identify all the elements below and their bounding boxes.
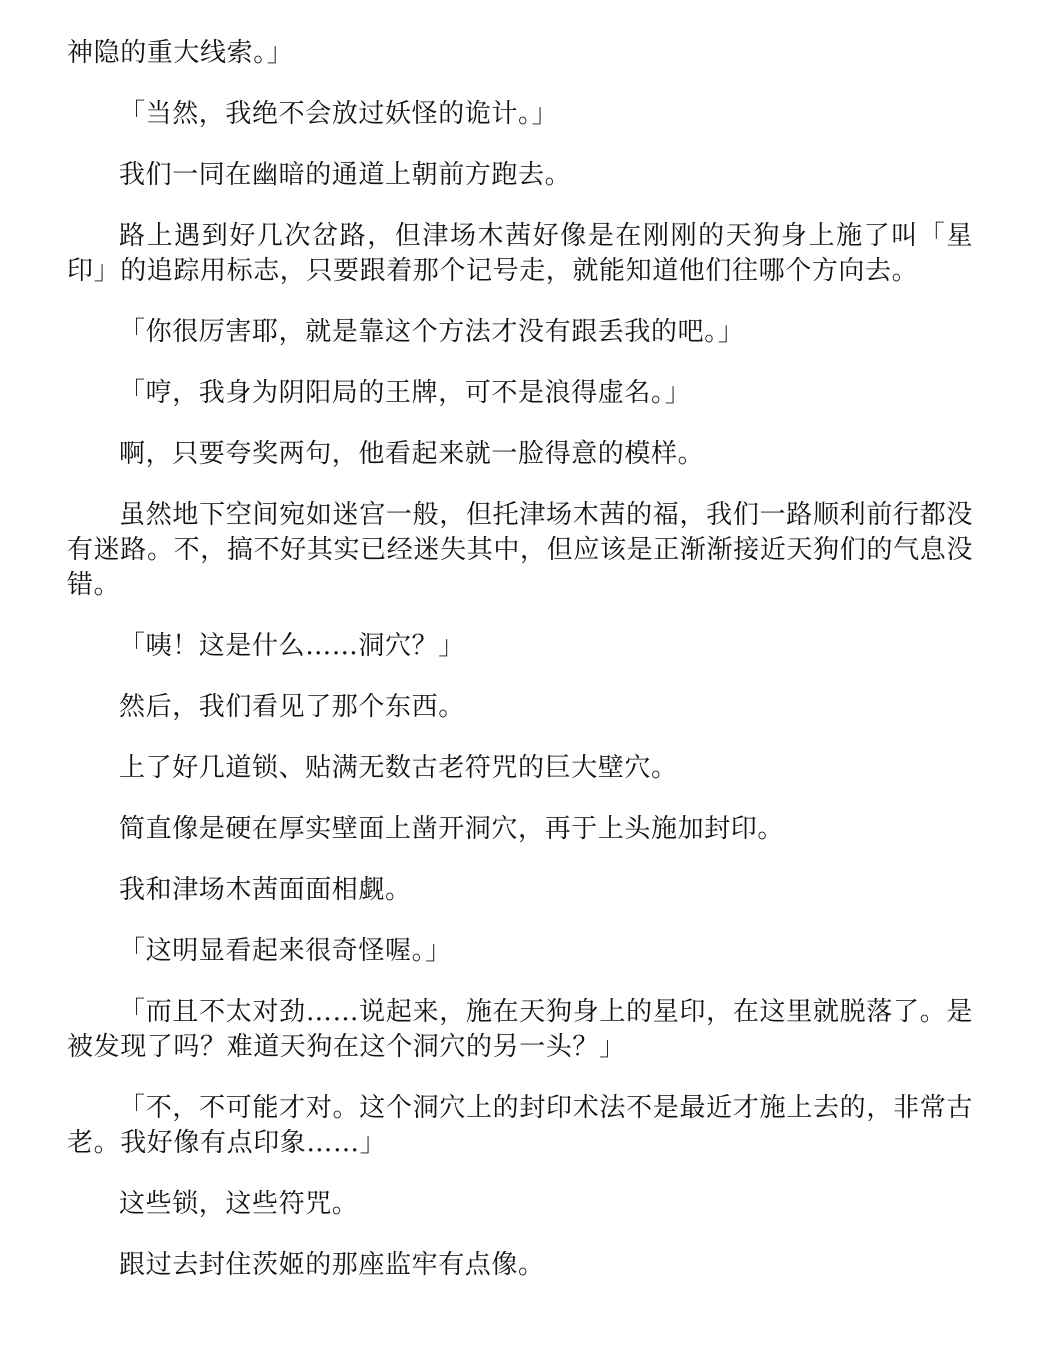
paragraph: 跟过去封住茨姬的那座监牢有点像。 xyxy=(67,1248,973,1283)
paragraph: 「这明显看起来很奇怪喔。」 xyxy=(67,934,973,969)
paragraph: 啊，只要夸奖两句，他看起来就一脸得意的模样。 xyxy=(67,437,973,472)
paragraph: 路上遇到好几次岔路，但津场木茜好像是在刚刚的天狗身上施了叫「星印」的追踪用标志，… xyxy=(67,219,973,289)
paragraph: 「咦！这是什么……洞穴？」 xyxy=(67,629,973,664)
paragraph: 这些锁，这些符咒。 xyxy=(67,1187,973,1222)
paragraph: 「你很厉害耶，就是靠这个方法才没有跟丢我的吧。」 xyxy=(67,315,973,350)
paragraph: 「哼，我身为阴阳局的王牌，可不是浪得虚名。」 xyxy=(67,376,973,411)
paragraph: 然后，我们看见了那个东西。 xyxy=(67,690,973,725)
paragraph: 我和津场木茜面面相觑。 xyxy=(67,873,973,908)
document-page: 神隐的重大线索。」 「当然，我绝不会放过妖怪的诡计。」 我们一同在幽暗的通道上朝… xyxy=(67,36,973,1309)
paragraph: 我们一同在幽暗的通道上朝前方跑去。 xyxy=(67,158,973,193)
paragraph: 虽然地下空间宛如迷宫一般，但托津场木茜的福，我们一路顺利前行都没有迷路。不，搞不… xyxy=(67,498,973,603)
paragraph: 「当然，我绝不会放过妖怪的诡计。」 xyxy=(67,97,973,132)
paragraph: 「而且不太对劲……说起来，施在天狗身上的星印，在这里就脱落了。是被发现了吗？难道… xyxy=(67,995,973,1065)
paragraph: 神隐的重大线索。」 xyxy=(67,36,973,71)
paragraph: 上了好几道锁、贴满无数古老符咒的巨大壁穴。 xyxy=(67,751,973,786)
paragraph: 「不，不可能才对。这个洞穴上的封印术法不是最近才施上去的，非常古老。我好像有点印… xyxy=(67,1091,973,1161)
paragraph: 简直像是硬在厚实壁面上凿开洞穴，再于上头施加封印。 xyxy=(67,812,973,847)
